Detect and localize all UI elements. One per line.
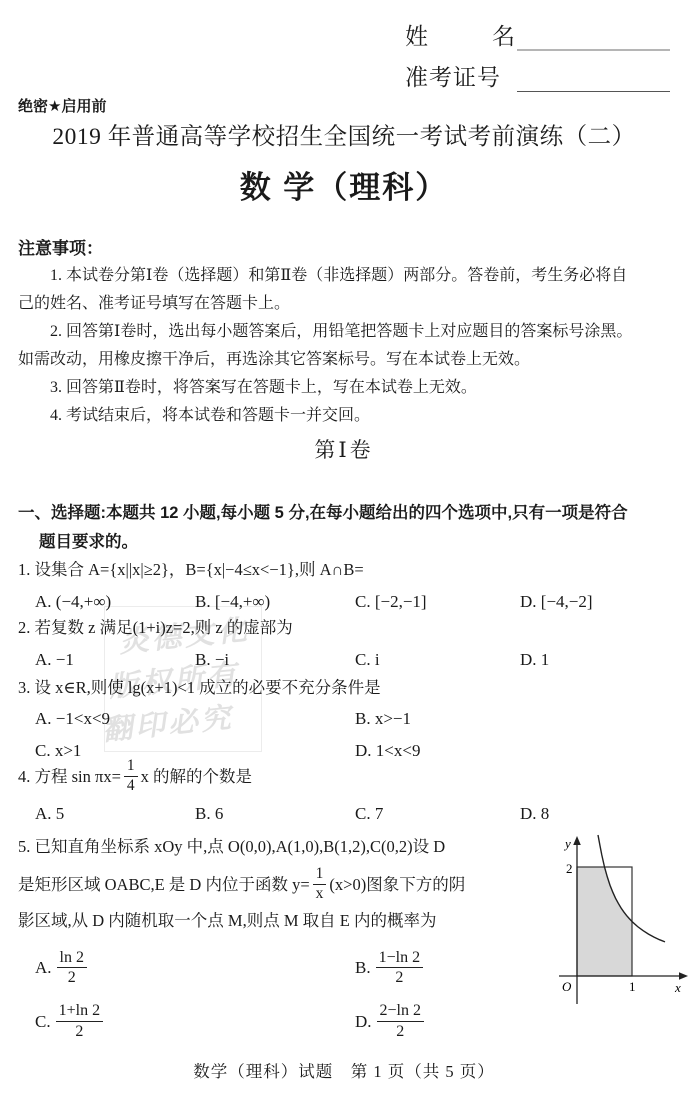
notice-item-cont: 如需改动，用橡皮擦干净后，再选涂其它答案标号。写在本试卷上无效。 xyxy=(18,346,670,374)
fraction: 1−ln 22 xyxy=(376,948,423,987)
fraction-numerator: 1 xyxy=(313,865,327,885)
x-tick-label: 1 xyxy=(629,979,636,994)
x-axis-label: x xyxy=(674,980,681,995)
y-axis-label: y xyxy=(563,836,571,851)
stem-text: x 的解的个数是 xyxy=(141,763,252,790)
option-a: A. 5 xyxy=(35,800,195,827)
option-b: B. 6 xyxy=(195,800,355,827)
option-d: D. [−4,−2] xyxy=(520,588,674,615)
fraction-denominator: 2 xyxy=(68,968,76,987)
notice-item: 2. 回答第Ⅰ卷时，选出每小题答案后，用铅笔把答题卡上对应题目的答案标号涂黑。 xyxy=(18,318,670,346)
fraction: ln 22 xyxy=(57,948,87,987)
option-d: D. 1 xyxy=(520,646,674,673)
shaded-region xyxy=(577,867,632,976)
intro-line: 一、选择题:本题共 12 小题,每小题 5 分,在每小题给出的四个选项中,只有一… xyxy=(18,499,674,528)
question-3: 3. 设 x∈R,则使 lg(x+1)<1 成立的必要不充分条件是 A. −1<… xyxy=(18,674,674,764)
options-row: A. 5 B. 6 C. 7 D. 8 xyxy=(18,800,674,827)
question-4: 4. 方程 sin πx=14x 的解的个数是 A. 5 B. 6 C. 7 D… xyxy=(18,757,674,827)
name-blank-line xyxy=(517,15,670,51)
option-c: C. 7 xyxy=(355,800,520,827)
subject-title: 数 学（理科） xyxy=(0,162,688,207)
option-label: B. xyxy=(355,954,371,981)
stem-text: 4. 方程 sin πx= xyxy=(18,763,121,790)
options-row: A. (−4,+∞) B. [−4,+∞) C. [−2,−1] D. [−4,… xyxy=(18,588,674,615)
option-c: C. i xyxy=(355,646,520,673)
name-label-char: 姓 xyxy=(405,23,428,51)
question-stem: 2. 若复数 z 满足(1+i)z=2,则 z 的虚部为 xyxy=(18,614,674,641)
question-5: 5. 已知直角坐标系 xOy 中,点 O(0,0),A(1,0),B(1,2),… xyxy=(18,832,688,1041)
stem-line: 5. 已知直角坐标系 xOy 中,点 O(0,0),A(1,0),B(1,2),… xyxy=(18,832,537,862)
q5-graph: y 2 O 1 x xyxy=(545,834,688,1012)
fraction-numerator: 1 xyxy=(124,757,138,777)
stem-line: 影区域,从 D 内随机取一个点 M,则点 M 取自 E 内的概率为 xyxy=(18,906,537,936)
notice-item: 4. 考试结束后，将本试卷和答题卡一并交回。 xyxy=(18,402,670,430)
fraction-denominator: 4 xyxy=(127,777,135,796)
question-stem: 1. 设集合 A={x||x|≥2}，B={x|−4≤x<−1},则 A∩B= xyxy=(18,556,674,583)
admission-label: 准考证号 xyxy=(405,64,515,92)
admission-blank-line xyxy=(517,57,670,92)
notice-item: 3. 回答第Ⅱ卷时，将答案写在答题卡上，写在本试卷上无效。 xyxy=(18,374,670,402)
notice-heading: 注意事项： xyxy=(18,234,670,259)
origin-label: O xyxy=(562,979,572,994)
footer-page-info: 数学（理科）试题 第 1 页（共 5 页） xyxy=(0,1058,688,1082)
notice-item: 1. 本试卷分第Ⅰ卷（选择题）和第Ⅱ卷（非选择题）两部分。答卷前，考生务必将自 xyxy=(18,262,670,290)
fraction-numerator: ln 2 xyxy=(57,948,87,968)
admission-field-row: 准考证号 xyxy=(405,51,670,92)
fraction-denominator: x xyxy=(316,885,324,904)
question-stem: 5. 已知直角坐标系 xOy 中,点 O(0,0),A(1,0),B(1,2),… xyxy=(18,832,545,1041)
option-a: A. (−4,+∞) xyxy=(35,588,195,615)
stem-text: (x>0)图象下方的阴 xyxy=(329,871,465,898)
option-d: D. 2−ln 22 xyxy=(355,1001,537,1040)
exam-title: 2019 年普通高等学校招生全国统一考试考前演练（二） xyxy=(0,117,688,151)
option-b: B. x>−1 xyxy=(355,705,674,732)
option-b: B. [−4,+∞) xyxy=(195,588,355,615)
question-1: 1. 设集合 A={x||x|≥2}，B={x|−4≤x<−1},则 A∩B= … xyxy=(18,556,674,615)
fraction: 1+ln 22 xyxy=(56,1001,103,1040)
option-b: B. −i xyxy=(195,646,355,673)
question-stem: 4. 方程 sin πx=14x 的解的个数是 xyxy=(18,757,674,795)
y-axis-arrow xyxy=(573,836,581,845)
secrecy-notice: 绝密★启用前 xyxy=(18,95,106,116)
choice-section-intro: 一、选择题:本题共 12 小题,每小题 5 分,在每小题给出的四个选项中,只有一… xyxy=(18,499,674,556)
option-c: C. 1+ln 22 xyxy=(35,1001,355,1040)
options-row: A. −1 B. −i C. i D. 1 xyxy=(18,646,674,673)
x-axis-arrow xyxy=(679,972,688,980)
exam-paper-page: 炎德文化 版权所有 翻印必究 姓 名 准考证号 绝密★启用前 2019 年普通高… xyxy=(0,0,688,1105)
fraction: 2−ln 22 xyxy=(377,1001,424,1040)
fraction: 1x xyxy=(313,865,327,903)
fraction-denominator: 2 xyxy=(395,968,403,987)
fraction: 14 xyxy=(124,757,138,795)
option-label: D. xyxy=(355,1008,372,1035)
y-tick-label: 2 xyxy=(566,861,573,876)
option-a: A. ln 22 xyxy=(35,948,355,987)
option-c: C. [−2,−1] xyxy=(355,588,520,615)
name-label: 姓 名 xyxy=(405,23,515,51)
part1-heading: 第Ⅰ卷 xyxy=(0,434,688,464)
fraction-numerator: 2−ln 2 xyxy=(377,1001,424,1021)
name-label-char: 名 xyxy=(492,23,515,51)
option-b: B. 1−ln 22 xyxy=(355,948,537,987)
fraction-denominator: 2 xyxy=(396,1022,404,1041)
question-2: 2. 若复数 z 满足(1+i)z=2,则 z 的虚部为 A. −1 B. −i… xyxy=(18,614,674,673)
option-label: C. xyxy=(35,1008,51,1035)
stem-text: 是矩形区域 OABC,E 是 D 内位于函数 y= xyxy=(18,871,310,898)
notice-item-cont: 己的姓名、准考证号填写在答题卡上。 xyxy=(18,290,670,318)
options-grid: A. −1<x<9 B. x>−1 C. x>1 D. 1<x<9 xyxy=(18,705,674,764)
option-d: D. 8 xyxy=(520,800,674,827)
name-field-row: 姓 名 xyxy=(405,10,670,51)
options-grid: A. ln 22 B. 1−ln 22 C. 1+ln 22 D. 2−ln 2… xyxy=(18,948,537,1041)
intro-line: 题目要求的。 xyxy=(18,528,674,557)
candidate-fields: 姓 名 准考证号 xyxy=(405,10,670,92)
option-label: A. xyxy=(35,954,52,981)
option-a: A. −1<x<9 xyxy=(35,705,355,732)
fraction-numerator: 1−ln 2 xyxy=(376,948,423,968)
question-stem: 3. 设 x∈R,则使 lg(x+1)<1 成立的必要不充分条件是 xyxy=(18,674,674,701)
fraction-numerator: 1+ln 2 xyxy=(56,1001,103,1021)
fraction-denominator: 2 xyxy=(75,1022,83,1041)
stem-line: 是矩形区域 OABC,E 是 D 内位于函数 y=1x(x>0)图象下方的阴 xyxy=(18,862,537,906)
notice-section: 注意事项： 1. 本试卷分第Ⅰ卷（选择题）和第Ⅱ卷（非选择题）两部分。答卷前，考… xyxy=(18,234,670,430)
option-a: A. −1 xyxy=(35,646,195,673)
